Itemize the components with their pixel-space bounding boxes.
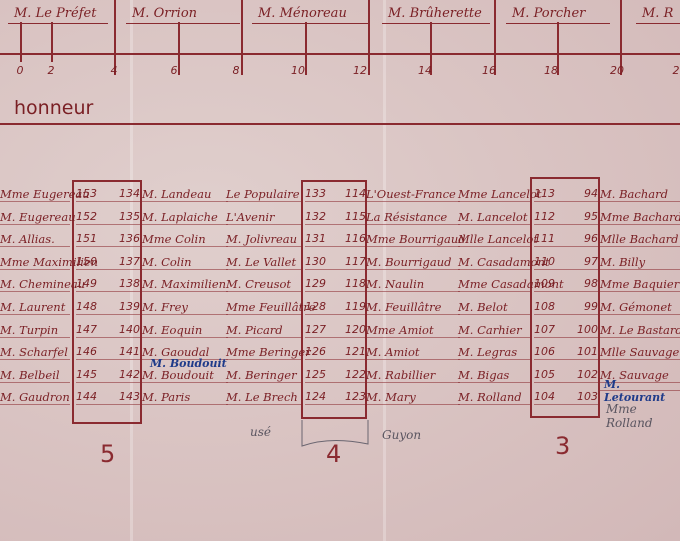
pencil-note: Mme Rolland xyxy=(606,402,680,430)
seat-number: 99 xyxy=(574,300,598,315)
seat-number: 127 xyxy=(305,323,345,338)
guest-name: M. Le Vallet xyxy=(226,255,302,270)
seat-number: 103 xyxy=(574,390,598,405)
seat-number: 136 xyxy=(116,232,140,247)
seat-number: 135 xyxy=(116,210,140,225)
guest-name: M. Legras xyxy=(458,345,532,360)
seat-number: 119 xyxy=(345,300,365,315)
guest-name: M. Casadamont xyxy=(458,255,532,270)
top-seat-name: M. Ménoreau xyxy=(252,6,368,24)
guest-name: M. Jolivreau xyxy=(226,232,302,247)
seat-number: 107 xyxy=(534,323,574,338)
scale-tick-line xyxy=(20,22,22,62)
pencil-note: Guyon xyxy=(382,428,421,442)
scale-tick-label: 16 xyxy=(482,64,496,77)
seat-number: 112 xyxy=(534,210,574,225)
seat-number: 98 xyxy=(574,277,598,292)
guest-name: M. Lancelot xyxy=(458,210,532,225)
guest-name: M. Naulin xyxy=(366,277,460,292)
seat-number: 137 xyxy=(116,255,140,270)
seat-number: 146 xyxy=(76,345,116,360)
seat-number: 126 xyxy=(305,345,345,360)
seat-number: 153 xyxy=(76,187,116,202)
blue-ink-annotation: M. Boudouit xyxy=(150,357,227,370)
scale-tick-label: 8 xyxy=(233,64,240,77)
scale-tick-line xyxy=(51,22,53,62)
seat-number: 96 xyxy=(574,232,598,247)
scale-tick-line xyxy=(178,22,180,75)
group-number: 3 xyxy=(555,432,570,460)
top-seat-name: M. Orrion xyxy=(126,6,240,24)
guest-name: M. Boudouit xyxy=(142,368,228,383)
scale-tick-line xyxy=(368,0,370,75)
guest-name: La Résistance xyxy=(366,210,460,225)
guest-name: M. Allias. xyxy=(0,232,70,247)
seat-number: 106 xyxy=(534,345,574,360)
paper-fold xyxy=(383,0,386,541)
guest-name: M. Scharfel xyxy=(0,345,70,360)
seat-number: 150 xyxy=(76,255,116,270)
seat-number: 100 xyxy=(574,323,598,338)
seat-number: 108 xyxy=(534,300,574,315)
guest-name: M. Bachard xyxy=(600,187,680,202)
blue-ink-annotation: M. Letourant xyxy=(604,378,680,404)
seat-number: 113 xyxy=(534,187,574,202)
top-seat-name: M. R xyxy=(636,6,680,24)
guest-name: M. Paris xyxy=(142,390,228,405)
seat-number: 133 xyxy=(305,187,345,202)
guest-name: M. Amiot xyxy=(366,345,460,360)
seat-number: 148 xyxy=(76,300,116,315)
guest-name: M. Billy xyxy=(600,255,680,270)
guest-name: M. Picard xyxy=(226,323,302,338)
seat-number: 97 xyxy=(574,255,598,270)
guest-name: Mme Bourrigaud xyxy=(366,232,460,247)
seat-number: 142 xyxy=(116,368,140,383)
guest-name: Mme Eugereau xyxy=(0,187,70,202)
guest-name: M. Gaudron xyxy=(0,390,70,405)
seat-number: 123 xyxy=(345,390,365,405)
scale-tick-label: 2 xyxy=(673,64,680,77)
guest-name: L'Avenir xyxy=(226,210,302,225)
guest-name: Mme Bachard xyxy=(600,210,680,225)
guest-name: M. Bourrigaud xyxy=(366,255,460,270)
guest-name: M. Maximilien xyxy=(142,277,228,292)
guest-name: Mme Beringer xyxy=(226,345,302,360)
seat-number: 130 xyxy=(305,255,345,270)
seat-number: 129 xyxy=(305,277,345,292)
scale-tick-line xyxy=(241,0,243,75)
guest-name: Mme Amiot xyxy=(366,323,460,338)
guest-name: Mme Baquier xyxy=(600,277,680,292)
seat-number: 111 xyxy=(534,232,574,247)
scale-tick-label: 12 xyxy=(353,64,367,77)
guest-name: M. Gémonet xyxy=(600,300,680,315)
guest-name: Mlle Lancelot xyxy=(458,232,532,247)
guest-name: M. Le Bastard xyxy=(600,323,680,338)
scale-tick-line xyxy=(305,22,307,75)
seat-number: 105 xyxy=(534,368,574,383)
pencil-note: usé xyxy=(250,425,271,439)
scale-tick-label: 4 xyxy=(111,64,118,77)
guest-name: Mme Casadamont xyxy=(458,277,532,292)
guest-name: M. Landeau xyxy=(142,187,228,202)
seat-number: 101 xyxy=(574,345,598,360)
guest-name: M. Mary xyxy=(366,390,460,405)
guest-name: M. Bigas xyxy=(458,368,532,383)
guest-name: M. Rolland xyxy=(458,390,532,405)
scale-tick-label: 10 xyxy=(291,64,305,77)
scale-tick-label: 14 xyxy=(418,64,432,77)
seat-number: 124 xyxy=(305,390,345,405)
top-seat-name: M. Porcher xyxy=(506,6,610,24)
guest-name: M. Le Brech xyxy=(226,390,302,405)
seat-number: 104 xyxy=(534,390,574,405)
seat-number: 145 xyxy=(76,368,116,383)
section-rule xyxy=(0,123,680,125)
top-seat-name: M. Brûherette xyxy=(382,6,490,24)
group-number: 5 xyxy=(100,440,115,468)
seat-number: 151 xyxy=(76,232,116,247)
seat-number: 143 xyxy=(116,390,140,405)
seat-number: 144 xyxy=(76,390,116,405)
scale-tick-label: 0 xyxy=(17,64,24,77)
scale-tick-label: 20 xyxy=(610,64,624,77)
guest-name: M. Belot xyxy=(458,300,532,315)
guest-name: Mlle Sauvage xyxy=(600,345,680,360)
seat-number: 94 xyxy=(574,187,598,202)
seat-number: 115 xyxy=(345,210,365,225)
guest-name: M. Belbeil xyxy=(0,368,70,383)
seat-number: 118 xyxy=(345,277,365,292)
top-seat-name: M. Le Préfet xyxy=(8,6,108,24)
seat-number: 121 xyxy=(345,345,365,360)
guest-name: M. Rabillier xyxy=(366,368,460,383)
group-number: 4 xyxy=(326,440,341,468)
guest-name: M. Eugereau xyxy=(0,210,70,225)
guest-name: M. Creusot xyxy=(226,277,302,292)
guest-name: M. Laplaiche xyxy=(142,210,228,225)
seat-number: 134 xyxy=(116,187,140,202)
guest-name: M. Chemineau xyxy=(0,277,70,292)
seat-number: 140 xyxy=(116,323,140,338)
scale-rule xyxy=(0,53,680,55)
seat-number: 149 xyxy=(76,277,116,292)
seat-number: 128 xyxy=(305,300,345,315)
seat-number: 125 xyxy=(305,368,345,383)
seat-number: 120 xyxy=(345,323,365,338)
guest-name: M. Carhier xyxy=(458,323,532,338)
seat-number: 102 xyxy=(574,368,598,383)
seat-number: 116 xyxy=(345,232,365,247)
seat-number: 139 xyxy=(116,300,140,315)
seat-number: 95 xyxy=(574,210,598,225)
seat-number: 122 xyxy=(345,368,365,383)
guest-name: M. Colin xyxy=(142,255,228,270)
guest-name: Mlle Bachard xyxy=(600,232,680,247)
seat-number: 141 xyxy=(116,345,140,360)
seat-number: 110 xyxy=(534,255,574,270)
seat-number: 117 xyxy=(345,255,365,270)
scale-tick-label: 6 xyxy=(171,64,178,77)
guest-name: M. Frey xyxy=(142,300,228,315)
seat-number: 114 xyxy=(345,187,365,202)
guest-name: L'Ouest-France xyxy=(366,187,460,202)
seat-number: 138 xyxy=(116,277,140,292)
scale-tick-label: 18 xyxy=(544,64,558,77)
seat-number: 131 xyxy=(305,232,345,247)
scale-tick-label: 2 xyxy=(48,64,55,77)
guest-name: Mme Feuillâtre xyxy=(226,300,302,315)
guest-name: Le Populaire xyxy=(226,187,302,202)
seat-number: 152 xyxy=(76,210,116,225)
guest-name: M. Feuillâtre xyxy=(366,300,460,315)
guest-name: Mme Colin xyxy=(142,232,228,247)
guest-name: M. Turpin xyxy=(0,323,70,338)
guest-name: Mme Lancelot xyxy=(458,187,532,202)
section-title: honneur xyxy=(14,97,93,119)
guest-name: M. Beringer xyxy=(226,368,302,383)
seat-number: 132 xyxy=(305,210,345,225)
guest-name: Mme Maximilien xyxy=(0,255,70,270)
guest-name: M. Eoquin xyxy=(142,323,228,338)
guest-name: M. Laurent xyxy=(0,300,70,315)
seat-number: 109 xyxy=(534,277,574,292)
seat-number: 147 xyxy=(76,323,116,338)
